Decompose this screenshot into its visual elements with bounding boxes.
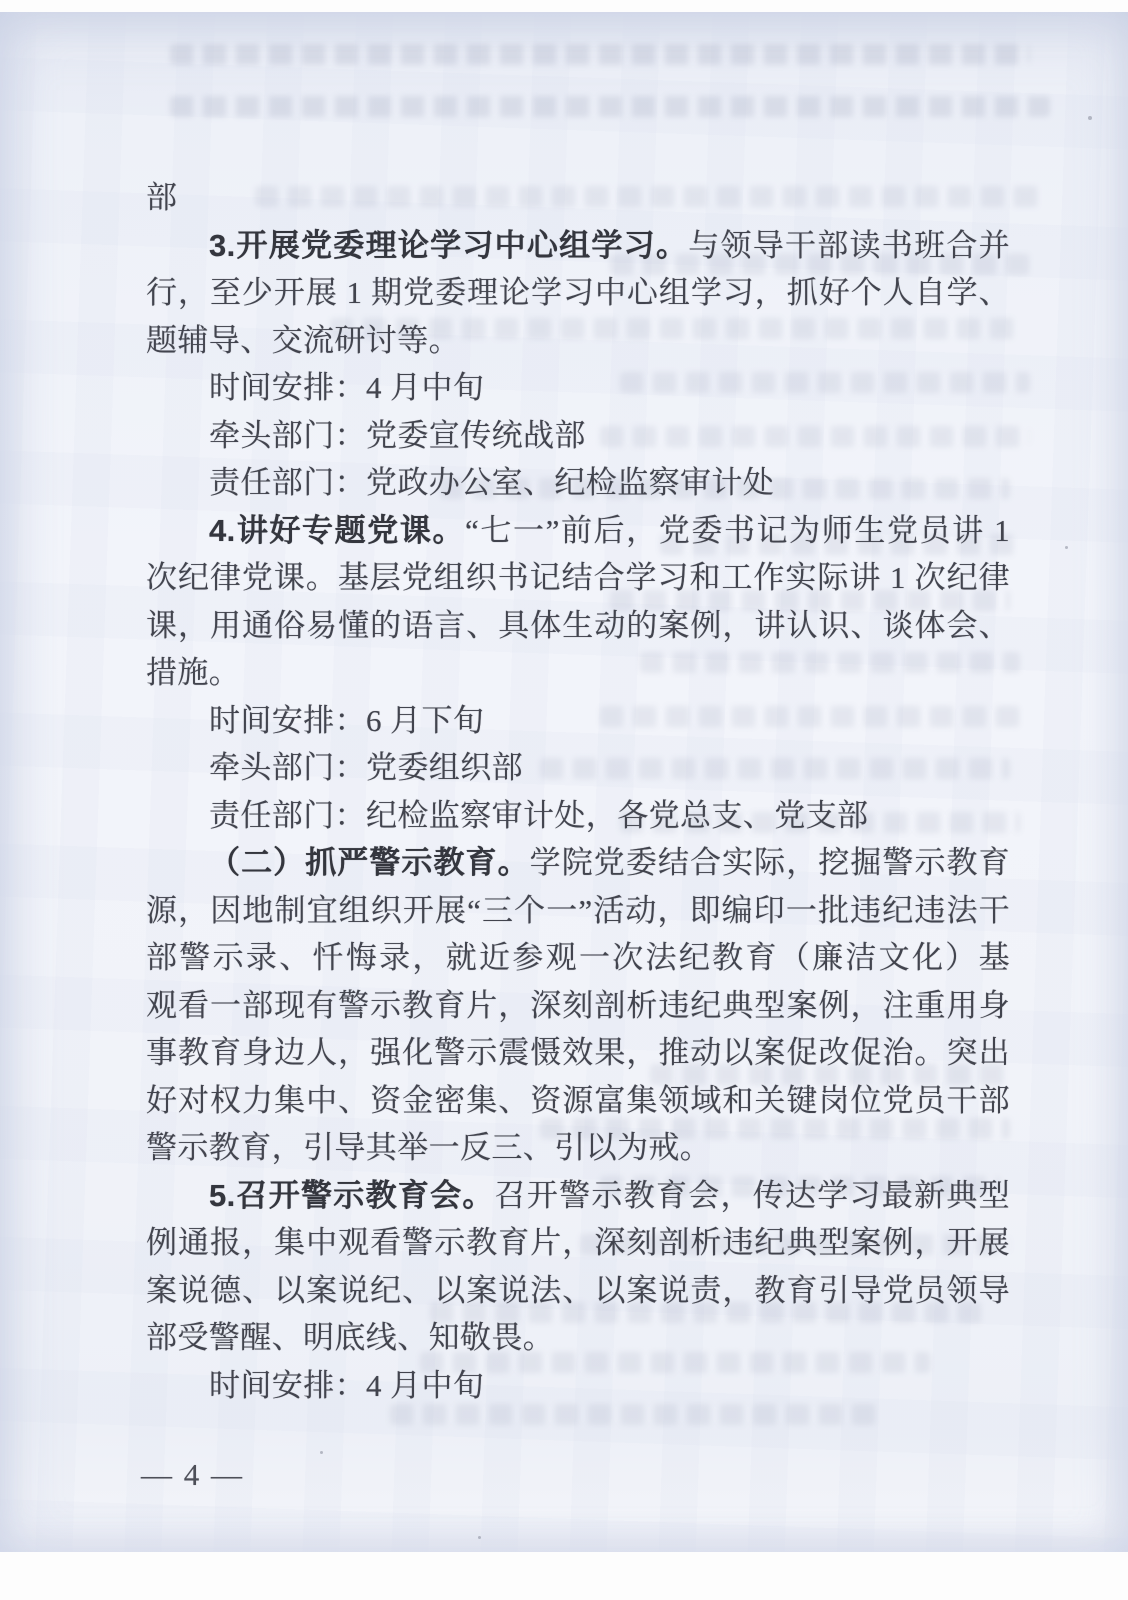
text-line: 部 [146, 174, 1010, 222]
text-line: 题辅导、交流研讨等。 [146, 317, 1010, 365]
heading-emphasis: 5.召开警示教育会。 [209, 1178, 495, 1213]
page-number: — 4 — [141, 1455, 244, 1495]
document-body: 部3.开展党委理论学习中心组学习。与领导干部读书班合并进行，至少开展 1 期党委… [146, 174, 1010, 1409]
text-line: 责任部门：党政办公室、纪检监察审计处 [146, 459, 1010, 507]
scan-speck [320, 1451, 323, 1454]
scanned-document-screenshot: { "page": { "number_label": "— 4 —" }, "… [0, 0, 1128, 1600]
text-line: 措施。 [146, 649, 1010, 697]
scan-speck [1065, 546, 1068, 549]
text-line: 警示教育，引导其举一反三、引以为戒。 [146, 1124, 1010, 1172]
text-line: 5.召开警示教育会。召开警示教育会，传达学习最新典型案 [146, 1172, 1010, 1220]
text-line: 牵头部门：党委宣传统战部 [146, 412, 1010, 460]
text-line: 事教育身边人，强化警示震慑效果，推动以案促改促治。突出抓 [146, 1029, 1010, 1077]
text-line: （二）抓严警示教育。学院党委结合实际，挖掘警示教育资 [146, 839, 1010, 887]
text-line: 观看一部现有警示教育片，深刻剖析违纪典型案例，注重用身边 [146, 982, 1010, 1030]
text-line: 4.讲好专题党课。“七一”前后，党委书记为师生党员讲 1 [146, 507, 1010, 555]
text-line: 行，至少开展 1 期党委理论学习中心组学习，抓好个人自学、专 [146, 269, 1010, 317]
text-line: 部受警醒、明底线、知敬畏。 [146, 1314, 1010, 1362]
text-line: 次纪律党课。基层党组织书记结合学习和工作实际讲 1 次纪律党 [146, 554, 1010, 602]
text-line: 例通报，集中观看警示教育片，深刻剖析违纪典型案例，开展以 [146, 1219, 1010, 1267]
text-line: 部警示录、忏悔录，就近参观一次法纪教育（廉洁文化）基地， [146, 934, 1010, 982]
text-line: 时间安排：4 月中旬 [146, 1362, 1010, 1410]
text-line: 3.开展党委理论学习中心组学习。与领导干部读书班合并进 [146, 222, 1010, 270]
heading-emphasis: 3.开展党委理论学习中心组学习。 [209, 228, 688, 263]
heading-emphasis: 4.讲好专题党课。 [209, 513, 465, 548]
heading-emphasis: （二）抓严警示教育。 [209, 845, 530, 880]
text-line: 案说德、以案说纪、以案说法、以案说责，教育引导党员领导干 [146, 1267, 1010, 1315]
text-line: 时间安排：4 月中旬 [146, 364, 1010, 412]
text-line: 源，因地制宜组织开展“三个一”活动，即编印一批违纪违法干 [146, 887, 1010, 935]
text-line: 时间安排：6 月下旬 [146, 697, 1010, 745]
scan-speck [1088, 116, 1092, 120]
text-line: 课，用通俗易懂的语言、具体生动的案例，讲认识、谈体会、提 [146, 602, 1010, 650]
scan-speck [478, 1536, 481, 1539]
text-line: 好对权力集中、资金密集、资源富集领域和关键岗位党员干部的 [146, 1077, 1010, 1125]
text-line: 责任部门：纪检监察审计处，各党总支、党支部 [146, 792, 1010, 840]
text-line: 牵头部门：党委组织部 [146, 744, 1010, 792]
